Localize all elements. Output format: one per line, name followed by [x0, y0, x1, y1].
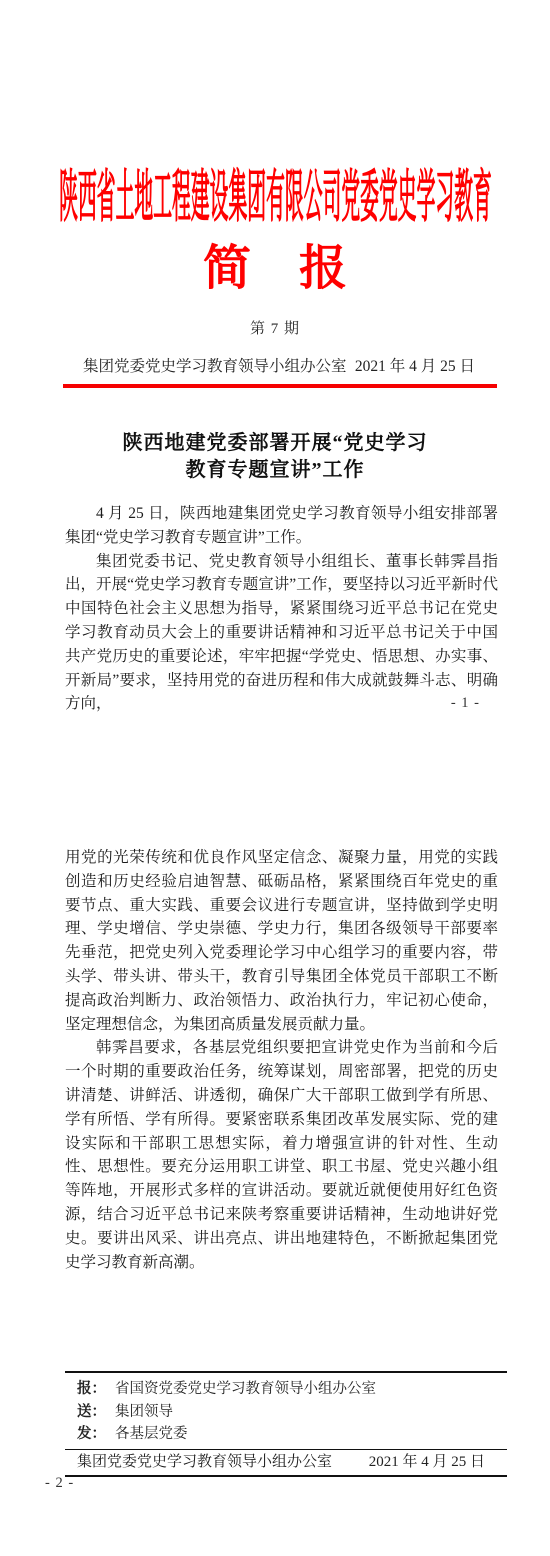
distribution-label-report: 报：: [77, 1378, 106, 1401]
masthead: 陕西省土地工程建设集团有限公司党委党史学习教育: [0, 168, 550, 230]
distribution-row-report: 报： 省国资党委党史学习教育领导小组办公室: [77, 1378, 507, 1401]
paragraph-2-part2: 用党的光荣传统和优良作风坚定信念、凝聚力量，用党的实践创造和历史经验启迪智慧、砥…: [65, 846, 498, 1036]
bulletin-document: 陕西省土地工程建设集团有限公司党委党史学习教育 简 报 第 7 期 集团党委党史…: [0, 0, 550, 1556]
article-body-page1: 4 月 25 日，陕西地建集团党史学习教育领导小组安排部署集团“党史学习教育专题…: [65, 502, 498, 716]
distribution-value-report: 省国资党委党史学习教育领导小组办公室: [115, 1378, 376, 1401]
footer-issuer: 集团党委党史学习教育领导小组办公室: [77, 1453, 332, 1472]
masthead-bulletin-title: 简 报: [0, 242, 550, 296]
footer-distribution-block: 报： 省国资党委党史学习教育领导小组办公室 送： 集团领导 发： 各基层党委 集…: [65, 1371, 507, 1477]
footer-date: 2021 年 4 月 25 日: [369, 1453, 485, 1472]
article-title: 陕西地建党委部署开展“党史学习 教育专题宣讲”工作: [0, 430, 550, 484]
distribution-rows: 报： 省国资党委党史学习教育领导小组办公室 送： 集团领导 发： 各基层党委: [65, 1373, 507, 1449]
distribution-row-issue: 发： 各基层党委: [77, 1423, 507, 1446]
masthead-red-rule: [63, 384, 497, 388]
footer-issuer-row: 集团党委党史学习教育领导小组办公室 2021 年 4 月 25 日: [65, 1449, 507, 1477]
paragraph-1: 4 月 25 日，陕西地建集团党史学习教育领导小组安排部署集团“党史学习教育专题…: [65, 502, 498, 550]
masthead-org-title: 陕西省土地工程建设集团有限公司党委党史学习教育: [59, 168, 492, 230]
page-number-1: - 1 -: [451, 695, 480, 712]
masthead-publisher-row: 集团党委党史学习教育领导小组办公室 2021 年 4 月 25 日: [65, 357, 497, 377]
distribution-row-send: 送： 集团领导: [77, 1401, 507, 1424]
issue-number: 第 7 期: [0, 320, 550, 338]
distribution-label-issue: 发：: [77, 1423, 106, 1446]
article-title-line2: 教育专题宣讲”工作: [0, 457, 550, 484]
article-body-page2: 用党的光荣传统和优良作风坚定信念、凝聚力量，用党的实践创造和历史经验启迪智慧、砥…: [65, 846, 498, 1274]
article-title-line1: 陕西地建党委部署开展“党史学习: [0, 430, 550, 457]
paragraph-2-part1: 集团党委书记、党史教育领导小组组长、董事长韩霁昌指出，开展“党史学习教育专题宣讲…: [65, 550, 498, 717]
masthead-publisher: 集团党委党史学习教育领导小组办公室: [83, 357, 347, 377]
distribution-value-issue: 各基层党委: [115, 1423, 188, 1446]
masthead-date: 2021 年 4 月 25 日: [355, 357, 475, 377]
page-number-2: - 2 -: [45, 1475, 74, 1492]
distribution-value-send: 集团领导: [115, 1401, 173, 1424]
distribution-label-send: 送：: [77, 1401, 106, 1424]
paragraph-3: 韩霁昌要求，各基层党组织要把宣讲党史作为当前和今后一个时期的重要政治任务，统筹谋…: [65, 1036, 498, 1274]
